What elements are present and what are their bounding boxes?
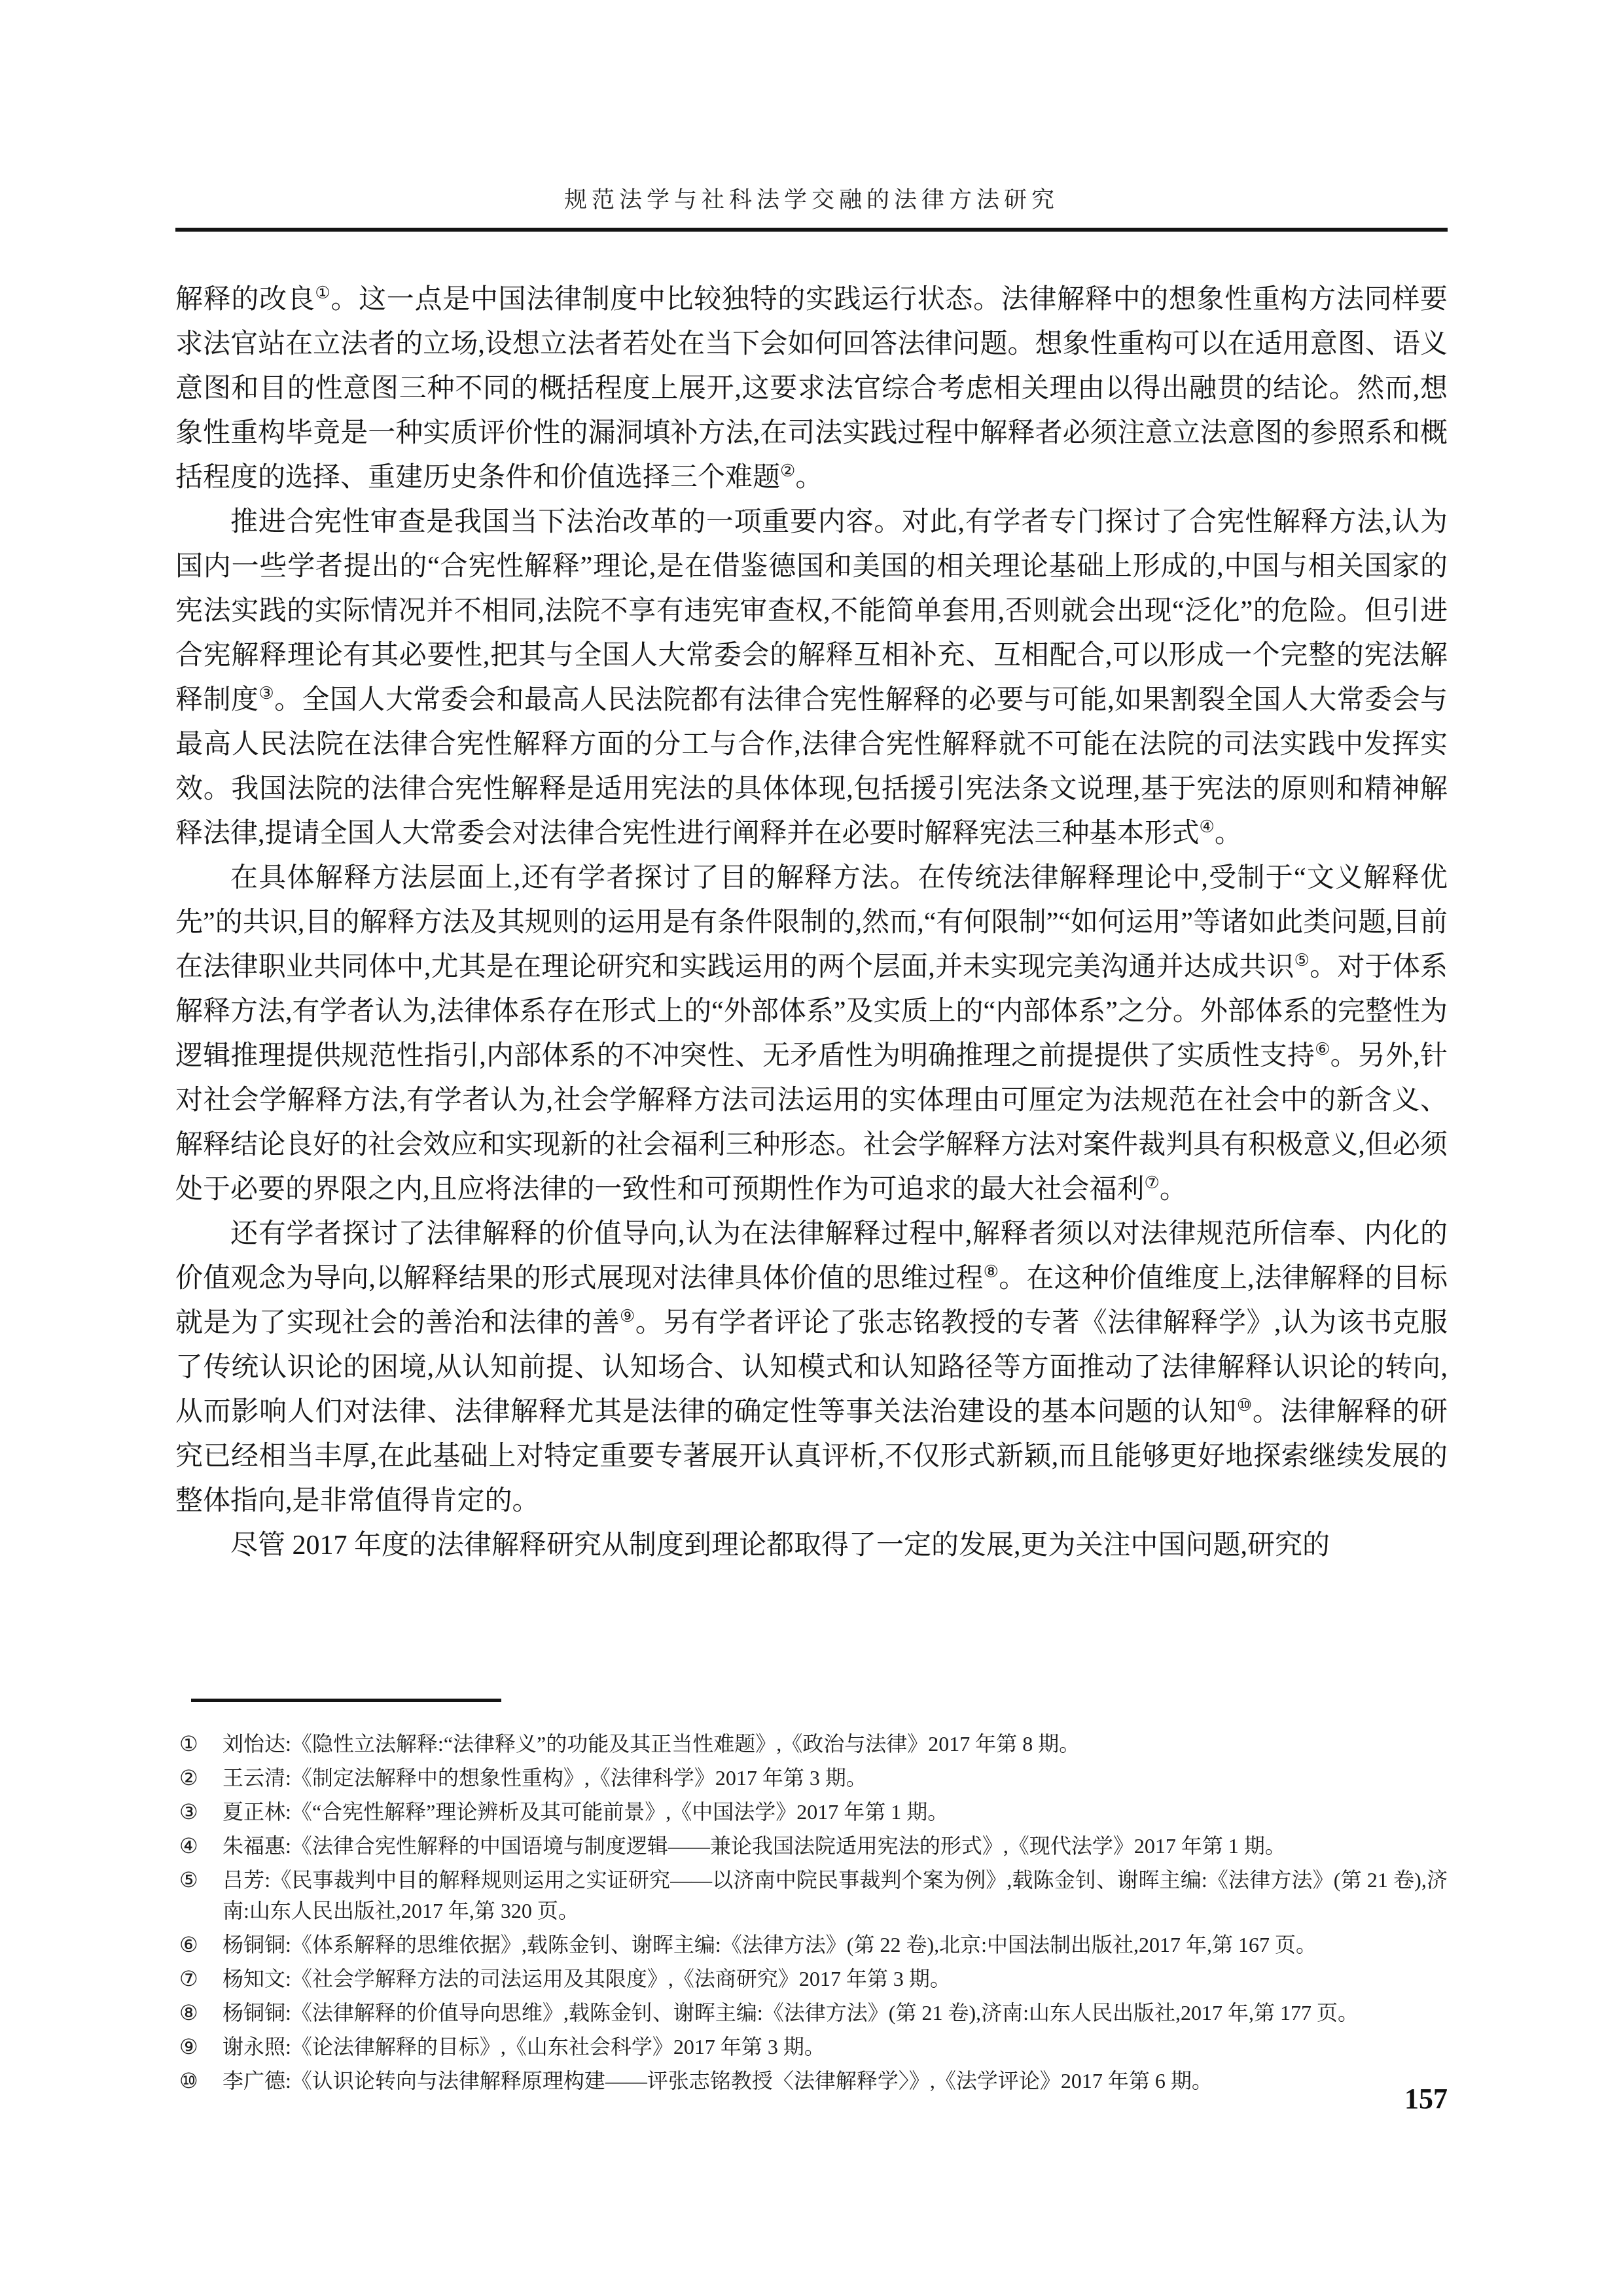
footnote-marker: ② [175, 1763, 223, 1793]
running-head-title: 规范法学与社科法学交融的法律方法研究 [175, 182, 1448, 215]
footnote-marker: ⑧ [175, 1998, 223, 2028]
footnote-item: ③ 夏正林:《“合宪性解释”理论辨析及其可能前景》,《中国法学》2017 年第 … [175, 1797, 1448, 1828]
paragraph: 还有学者探讨了法律解释的价值导向,认为在法律解释过程中,解释者须以对法律规范所信… [175, 1212, 1448, 1523]
footnote-marker: ⑨ [175, 2032, 223, 2062]
footnote-text: 刘怡达:《隐性立法解释:“法律释义”的功能及其正当性难题》,《政治与法律》201… [223, 1729, 1448, 1759]
footnote-text: 杨知文:《社会学解释方法的司法运用及其限度》,《法商研究》2017 年第 3 期… [223, 1964, 1448, 1994]
scanned-book-page: 规范法学与社科法学交融的法律方法研究 解释的改良①。这一点是中国法律制度中比较独… [0, 0, 1623, 2296]
footnote-separator-rule [191, 1699, 501, 1702]
footnote-marker: ⑦ [175, 1964, 223, 1994]
footnote-text: 杨铜铜:《法律解释的价值导向思维》,载陈金钊、谢晖主编:《法律方法》(第 21 … [223, 1998, 1448, 2028]
footnote-item: ⑤ 吕芳:《民事裁判中目的解释规则运用之实证研究——以济南中院民事裁判个案为例》… [175, 1865, 1448, 1926]
paragraph: 在具体解释方法层面上,还有学者探讨了目的解释方法。在传统法律解释理论中,受制于“… [175, 856, 1448, 1212]
footnote-item: ① 刘怡达:《隐性立法解释:“法律释义”的功能及其正当性难题》,《政治与法律》2… [175, 1729, 1448, 1759]
footnote-item: ② 王云清:《制定法解释中的想象性重构》,《法律科学》2017 年第 3 期。 [175, 1763, 1448, 1793]
paragraph: 解释的改良①。这一点是中国法律制度中比较独特的实践运行状态。法律解释中的想象性重… [175, 277, 1448, 500]
body-text: 解释的改良①。这一点是中国法律制度中比较独特的实践运行状态。法律解释中的想象性重… [175, 277, 1448, 1568]
footnote-marker: ① [175, 1729, 223, 1759]
footnote-text: 夏正林:《“合宪性解释”理论辨析及其可能前景》,《中国法学》2017 年第 1 … [223, 1797, 1448, 1828]
footnote-item: ⑥ 杨铜铜:《体系解释的思维依据》,载陈金钊、谢晖主编:《法律方法》(第 22 … [175, 1930, 1448, 1960]
header-rule [175, 228, 1448, 232]
footnote-marker: ③ [175, 1797, 223, 1828]
footnote-marker: ⑤ [175, 1865, 223, 1896]
footnote-text: 吕芳:《民事裁判中目的解释规则运用之实证研究——以济南中院民事裁判个案为例》,载… [223, 1865, 1448, 1926]
paragraph: 尽管 2017 年度的法律解释研究从制度到理论都取得了一定的发展,更为关注中国问… [175, 1523, 1448, 1568]
footnote-marker: ④ [175, 1831, 223, 1862]
footnote-text: 杨铜铜:《体系解释的思维依据》,载陈金钊、谢晖主编:《法律方法》(第 22 卷)… [223, 1930, 1448, 1960]
footnotes-block: ① 刘怡达:《隐性立法解释:“法律释义”的功能及其正当性难题》,《政治与法律》2… [175, 1729, 1448, 2100]
paragraph: 推进合宪性审查是我国当下法治改革的一项重要内容。对此,有学者专门探讨了合宪性解释… [175, 500, 1448, 856]
footnote-marker: ⑥ [175, 1930, 223, 1960]
footnote-item: ⑨ 谢永照:《论法律解释的目标》,《山东社会科学》2017 年第 3 期。 [175, 2032, 1448, 2062]
page-number: 157 [175, 2082, 1448, 2115]
footnote-item: ④ 朱福惠:《法律合宪性解释的中国语境与制度逻辑——兼论我国法院适用宪法的形式》… [175, 1831, 1448, 1862]
footnote-text: 王云清:《制定法解释中的想象性重构》,《法律科学》2017 年第 3 期。 [223, 1763, 1448, 1793]
footnote-item: ⑧ 杨铜铜:《法律解释的价值导向思维》,载陈金钊、谢晖主编:《法律方法》(第 2… [175, 1998, 1448, 2028]
footnote-text: 谢永照:《论法律解释的目标》,《山东社会科学》2017 年第 3 期。 [223, 2032, 1448, 2062]
footnote-item: ⑦ 杨知文:《社会学解释方法的司法运用及其限度》,《法商研究》2017 年第 3… [175, 1964, 1448, 1994]
footnote-text: 朱福惠:《法律合宪性解释的中国语境与制度逻辑——兼论我国法院适用宪法的形式》,《… [223, 1831, 1448, 1862]
